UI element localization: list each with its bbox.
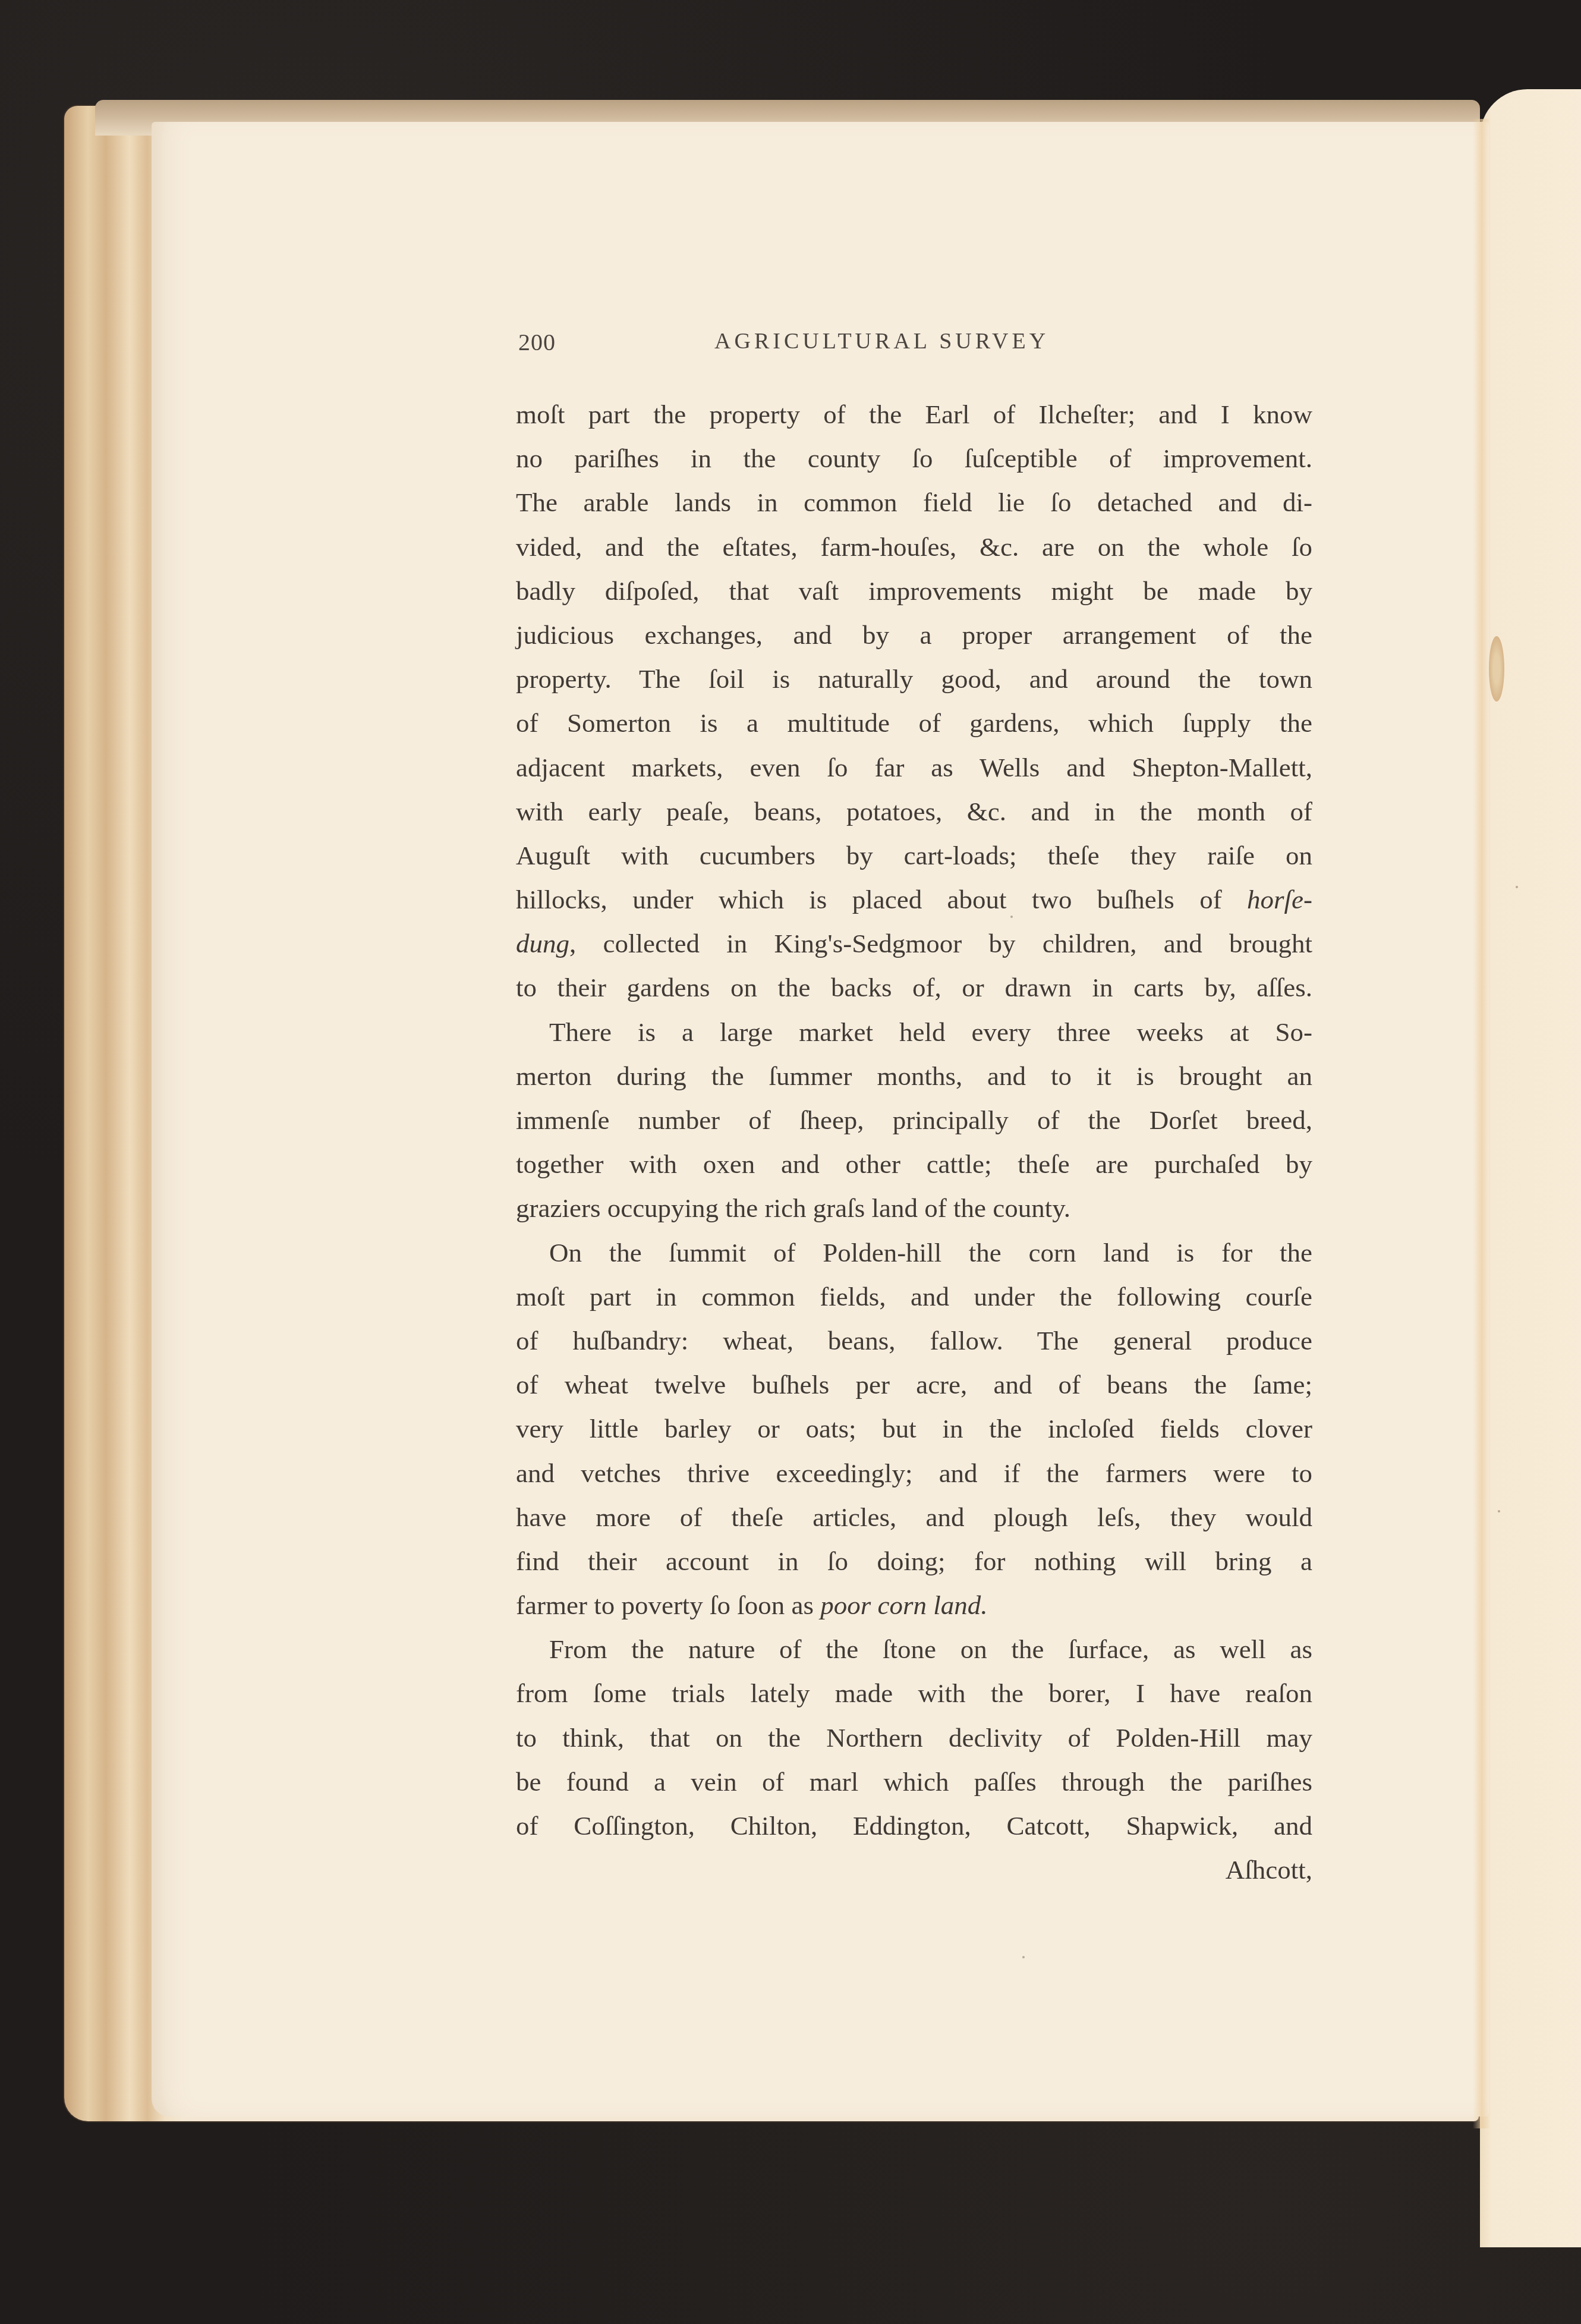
text-line: Auguſt with cucumbers by cart-loads; the…: [516, 834, 1312, 878]
text-line: and vetches thrive exceedingly; and if t…: [516, 1451, 1312, 1495]
text-line: immenſe number of ſheep, principally of …: [516, 1098, 1312, 1142]
text-line: property. The ſoil is naturally good, an…: [516, 657, 1312, 701]
text-run: , collected in King's-Sedgmoor by childr…: [569, 929, 1312, 958]
text-line: adjacent markets, even ſo far as Wells a…: [516, 746, 1312, 790]
text-line: together with oxen and other cattle; the…: [516, 1142, 1312, 1186]
text-run: farmer to poverty ſo ſoon as: [516, 1590, 820, 1620]
text-line: from ſome trials lately made with the bo…: [516, 1671, 1312, 1715]
italic-run: dung: [516, 929, 569, 958]
speck: [1010, 916, 1013, 918]
text-line: badly diſpoſed, that vaſt improvements m…: [516, 569, 1312, 613]
italic-run: horſe-: [1247, 885, 1312, 914]
running-head: 200 AGRICULTURAL SURVEY: [518, 328, 1122, 364]
text-line: very little barley or oats; but in the i…: [516, 1407, 1312, 1451]
text-line: dung, collected in King's-Sedgmoor by ch…: [516, 922, 1312, 966]
text-line: be found a vein of marl which paſſes thr…: [516, 1760, 1312, 1804]
text-line: find their account in ſo doing; for noth…: [516, 1539, 1312, 1583]
text-line: judicious exchanges, and by a proper arr…: [516, 613, 1312, 657]
text-line: moſt part in common fields, and under th…: [516, 1275, 1312, 1319]
text-line: of huſbandry: wheat, beans, fallow. The …: [516, 1319, 1312, 1363]
text-line: hillocks, under which is placed about tw…: [516, 878, 1312, 922]
text-line: of Coſſington, Chilton, Eddington, Catco…: [516, 1804, 1312, 1848]
speck: [1022, 1956, 1025, 1958]
catchword: Aſhcott,: [516, 1848, 1312, 1892]
text-line: with early peaſe, beans, potatoes, &c. a…: [516, 790, 1312, 834]
text-line: of Somerton is a multitude of gardens, w…: [516, 701, 1312, 745]
gutter-stain: [1489, 636, 1504, 702]
text-line: graziers occupying the rich graſs land o…: [516, 1186, 1312, 1230]
text-line: to their gardens on the backs of, or dra…: [516, 966, 1312, 1010]
italic-run: poor corn land.: [820, 1590, 987, 1620]
speck: [1516, 886, 1518, 888]
text-line: no pariſhes in the county ſo ſuſceptible…: [516, 436, 1312, 480]
running-title: AGRICULTURAL SURVEY: [714, 328, 1049, 354]
text-line: The arable lands in common field lie ſo …: [516, 480, 1312, 524]
gutter-fold: [1473, 119, 1491, 2128]
text-line: farmer to poverty ſo ſoon as poor corn l…: [516, 1583, 1312, 1627]
page-number: 200: [518, 328, 556, 356]
text-line: From the nature of the ſtone on the ſurf…: [516, 1627, 1312, 1671]
text-line: On the ſummit of Polden-hill the corn la…: [516, 1231, 1312, 1275]
speck: [1498, 1510, 1500, 1512]
text-line: moſt part the property of the Earl of Il…: [516, 392, 1312, 436]
text-line: to think, that on the Northern declivity…: [516, 1716, 1312, 1760]
text-line: of wheat twelve buſhels per acre, and of…: [516, 1363, 1312, 1407]
text-run: hillocks, under which is placed about tw…: [516, 885, 1247, 914]
facing-page-edge: [1480, 89, 1581, 2247]
text-line: There is a large market held every three…: [516, 1010, 1312, 1054]
text-line: merton during the ſummer months, and to …: [516, 1054, 1312, 1098]
text-line: have more of theſe articles, and plough …: [516, 1495, 1312, 1539]
text-line: vided, and the eſtates, farm-houſes, &c.…: [516, 525, 1312, 569]
body-text: moſt part the property of the Earl of Il…: [516, 392, 1312, 1892]
